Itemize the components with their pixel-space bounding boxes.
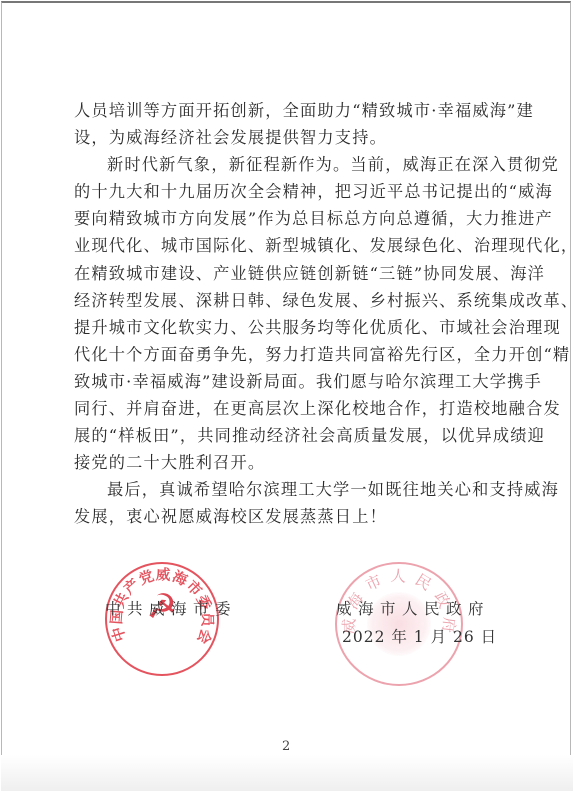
text-line: 要向精致城市方向发展”作为总目标总方向总遵循，大力推进产 bbox=[74, 205, 534, 232]
text-line: 设，为威海经济社会发展提供智力支持。 bbox=[74, 124, 534, 151]
page-number: 2 bbox=[282, 739, 290, 754]
text-line: 同行、并肩奋进，在更高层次上深化校地合作，打造校地融合发 bbox=[74, 395, 534, 422]
government-seal: 威海市人民政府 bbox=[335, 562, 463, 686]
party-committee-seal: 中国共产党威海市委员会 ☭ bbox=[105, 562, 219, 676]
text-line: 致城市·幸福威海”建设新局面。我们愿与哈尔滨理工大学携手 bbox=[74, 368, 534, 395]
text-line: 业现代化、城市国际化、新型城镇化、发展绿色化、治理现代化， bbox=[74, 232, 534, 259]
text-line: 发展，衷心祝愿威海校区发展蒸蒸日上！ bbox=[74, 503, 534, 530]
paragraph-1: 人员培训等方面开拓创新，全面助力“精致城市·幸福威海”建 设，为威海经济社会发展… bbox=[74, 97, 534, 151]
text-line: 展的“样板田”，共同推动经济社会高质量发展，以优异成绩迎 bbox=[74, 422, 534, 449]
paragraph-3: 最后，真诚希望哈尔滨理工大学一如既往地关心和支持威海 发展，衷心祝愿威海校区发展… bbox=[74, 476, 534, 530]
text-line: 代化十个方面奋勇争先，努力打造共同富裕先行区，全力开创“精 bbox=[74, 341, 534, 368]
text-line: 的十九大和十九届历次全会精神，把习近平总书记提出的“威海 bbox=[74, 178, 534, 205]
text-line: 经济转型发展、深耕日韩、绿色发展、乡村振兴、系统集成改革、 bbox=[74, 287, 534, 314]
text-line: 接党的二十大胜利召开。 bbox=[74, 449, 534, 476]
text-line: 人员培训等方面开拓创新，全面助力“精致城市·幸福威海”建 bbox=[74, 97, 534, 124]
text-line: 最后，真诚希望哈尔滨理工大学一如既往地关心和支持威海 bbox=[74, 476, 534, 503]
text-line: 新时代新气象，新征程新作为。当前，威海正在深入贯彻党 bbox=[74, 151, 534, 178]
page-bottom-shadow bbox=[1, 755, 573, 791]
paragraph-2: 新时代新气象，新征程新作为。当前，威海正在深入贯彻党 的十九大和十九届历次全会精… bbox=[74, 151, 534, 476]
text-line: 提升城市文化软实力、公共服务均等化优质化、市域社会治理现 bbox=[74, 314, 534, 341]
signature-government: 威海市人民政府 bbox=[336, 597, 490, 619]
signature-date: 2022 年 1 月 26 日 bbox=[342, 625, 497, 647]
text-line: 在精致城市建设、产业链供应链创新链“三链”协同发展、海洋 bbox=[74, 260, 534, 287]
letter-body: 人员培训等方面开拓创新，全面助力“精致城市·幸福威海”建 设，为威海经济社会发展… bbox=[74, 97, 534, 531]
signature-party-committee: 中共威海市委 bbox=[105, 597, 237, 619]
